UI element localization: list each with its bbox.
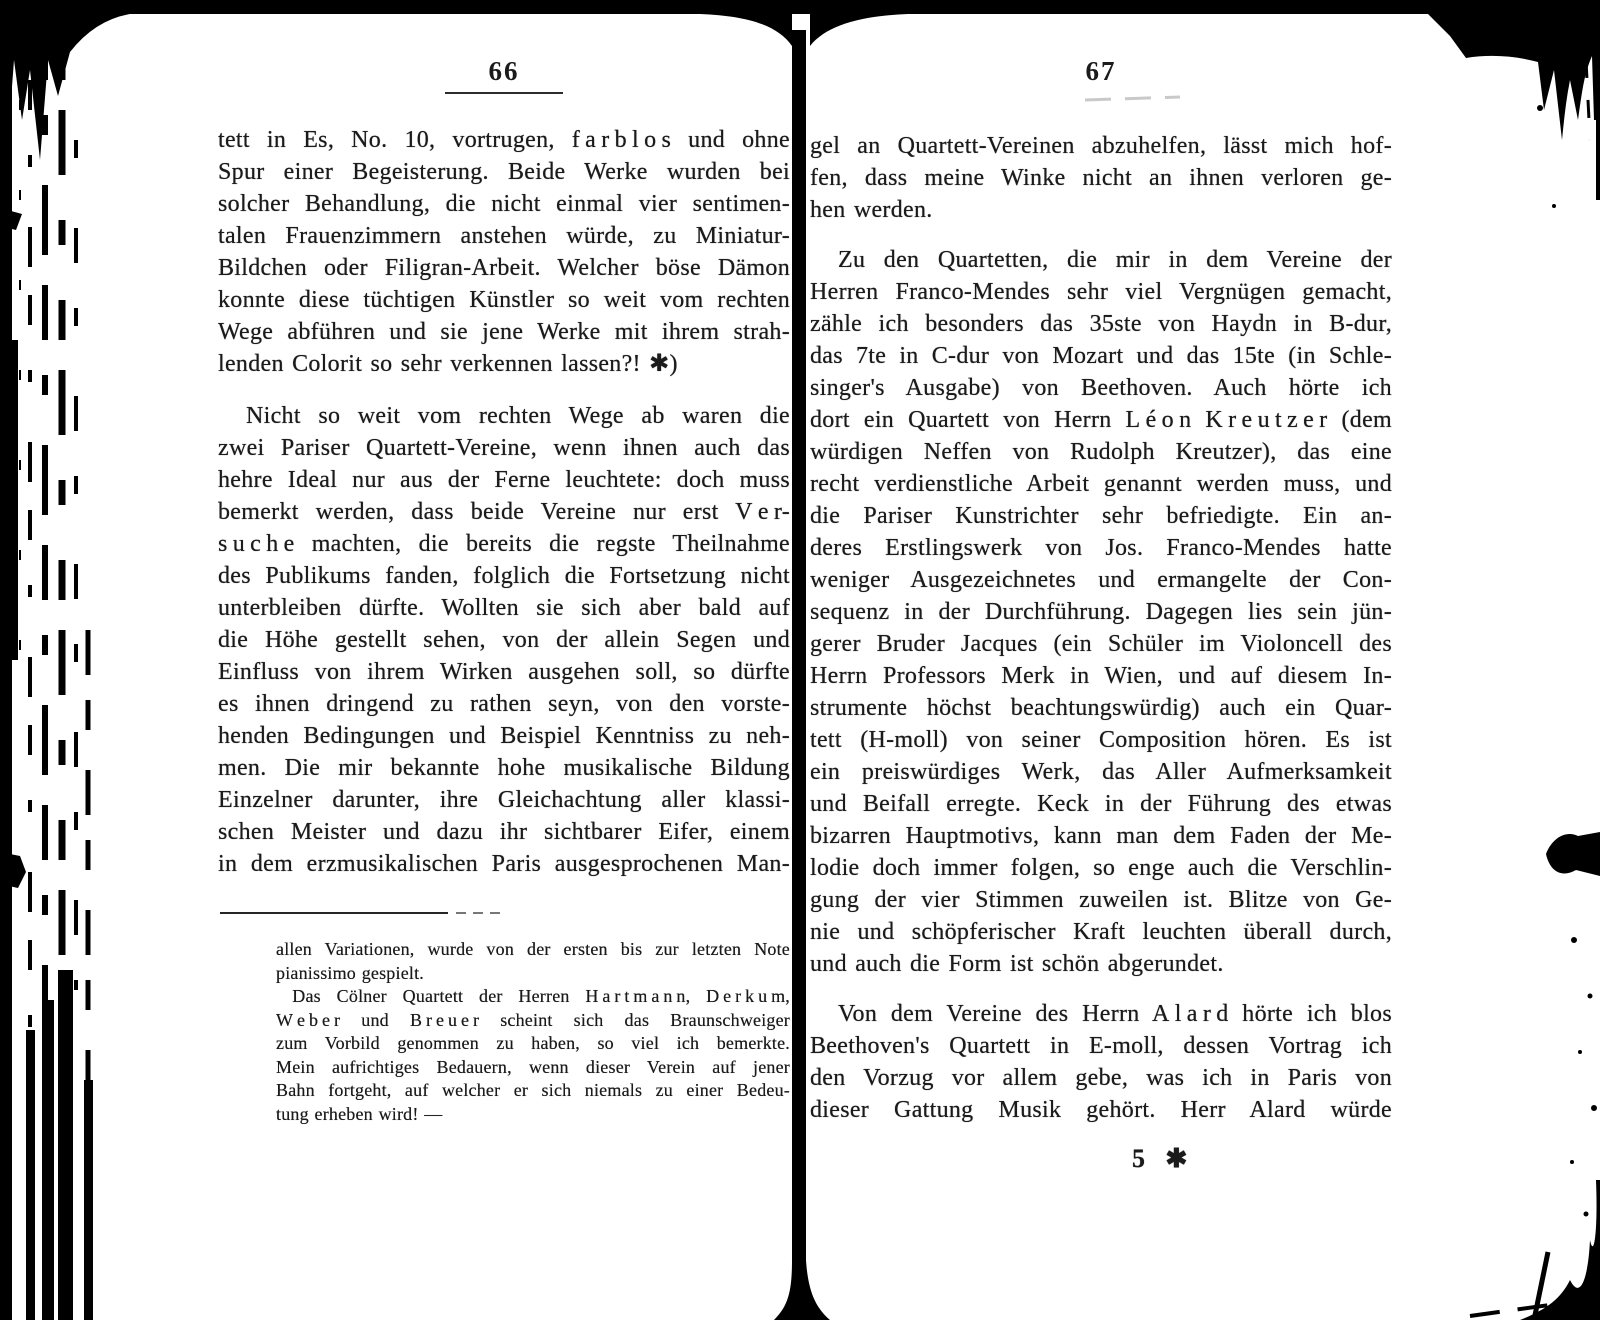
left-page-body: tett in Es, No. 10, vortrugen, f a r b l…	[218, 124, 790, 880]
text-line: hen werden.	[810, 194, 1392, 226]
footnote-entry: ✱) Das Cölner Quartett der Herren H a r …	[276, 985, 790, 1126]
text-line: Zu den Quartetten, die mir in dem Verein…	[810, 244, 1392, 276]
left-page: 66 tett in Es, No. 10, vortrugen, f a r …	[218, 0, 790, 1126]
text-line: allen Variationen, wurde von der ersten …	[276, 938, 790, 962]
text-line: Mein aufrichtiges Bedauern, wenn dieser …	[276, 1056, 790, 1080]
page-number-left: 66	[218, 56, 790, 86]
text-line: sequenz in der Durchführung. Dagegen lie…	[810, 596, 1392, 628]
left-page-header: 66	[218, 56, 790, 94]
bottom-edge-artifact	[1470, 1180, 1600, 1320]
text-line: die Pariser Kunstrichter sehr befriedigt…	[810, 500, 1392, 532]
text-line: zähle ich besonders das 35ste von Haydn …	[810, 308, 1392, 340]
text-line: Wege abführen und sie jene Werke mit ihr…	[218, 316, 790, 348]
text-line: schen Meister und dazu ihr sichtbarer Ei…	[218, 816, 790, 848]
text-line: und auch die Form ist schön abgerundet.	[810, 948, 1392, 980]
text-line: Einzelner darunter, ihre Gleichachtung a…	[218, 784, 790, 816]
text-line: bemerkt werden, dass beide Vereine nur e…	[218, 496, 790, 528]
text-line: pianissimo gespielt.	[276, 962, 790, 986]
text-line: hehre Ideal nur aus der Ferne leuchtete:…	[218, 464, 790, 496]
text-line: s u c h e machten, die bereits die regst…	[218, 528, 790, 560]
footnote-separator-rule	[220, 912, 448, 914]
text-line: zwei Pariser Quartett-Vereine, wenn ihne…	[218, 432, 790, 464]
page-number-rule	[445, 92, 563, 94]
text-line: konnte diese tüchtigen Künstler so weit …	[218, 284, 790, 316]
text-line: ein preiswürdiges Werk, das Aller Aufmer…	[810, 756, 1392, 788]
text-line: lodie doch immer folgen, so enge auch di…	[810, 852, 1392, 884]
text-line: tung erheben wird! —	[276, 1103, 790, 1127]
text-line: lenden Colorit so sehr verkennen lassen?…	[218, 348, 790, 380]
footnote-block: allen Variationen, wurde von der ersten …	[276, 938, 790, 1126]
text-line: Herren Franco-Mendes sehr viel Vergnügen…	[810, 276, 1392, 308]
text-line: Beethoven's Quartett in E-moll, dessen V…	[810, 1030, 1392, 1062]
text-line: bizarren Hauptmotivs, kann man dem Faden…	[810, 820, 1392, 852]
paragraph: gel an Quartett-Vereinen abzuhelfen, läs…	[810, 130, 1392, 226]
text-line: dort ein Quartett von Herrn L é o n K r …	[810, 404, 1392, 436]
text-line: das 7te in C-dur von Mozart und das 15te…	[810, 340, 1392, 372]
paragraph: Von dem Vereine des Herrn A l a r d hört…	[810, 998, 1392, 1126]
text-line: tett in Es, No. 10, vortrugen, f a r b l…	[218, 124, 790, 156]
text-line: tett (H-moll) von seiner Composition hör…	[810, 724, 1392, 756]
text-line: in dem erzmusikalischen Paris ausgesproc…	[218, 848, 790, 880]
text-line: Nicht so weit vom rechten Wege ab waren …	[218, 400, 790, 432]
text-line: singer's Ausgabe) von Beethoven. Auch hö…	[810, 372, 1392, 404]
text-line: ✱) Das Cölner Quartett der Herren H a r …	[276, 985, 790, 1009]
text-line: würdigen Neffen von Rudolph Kreutzer), d…	[810, 436, 1392, 468]
right-page: 67 gel an Quartett-Vereinen abzuhelfen, …	[810, 0, 1392, 1174]
left-edge-artifact	[0, 14, 93, 1320]
text-line: Bahn fortgeht, auf welcher er sich niema…	[276, 1079, 790, 1103]
text-line: strumente höchst beachtungswürdig) auch …	[810, 692, 1392, 724]
text-line: nie und schöpferischer Kraft leuchten üb…	[810, 916, 1392, 948]
text-line: recht verdienstliche Arbeit genannt werd…	[810, 468, 1392, 500]
text-line: fen, dass meine Winke nicht an ihnen ver…	[810, 162, 1392, 194]
text-line: gerer Bruder Jacques (ein Schüler im Vio…	[810, 628, 1392, 660]
text-line: die Höhe gestellt sehen, von der allein …	[218, 624, 790, 656]
text-line: gel an Quartett-Vereinen abzuhelfen, läs…	[810, 130, 1392, 162]
text-line: henden Bedingungen und Beispiel Kenntnis…	[218, 720, 790, 752]
text-line: zum Vorbild genommen zu haben, so viel i…	[276, 1032, 790, 1056]
text-line: dieser Gattung Musik gehört. Herr Alard …	[810, 1094, 1392, 1126]
footnote-continuation: allen Variationen, wurde von der ersten …	[276, 938, 790, 985]
text-line: Bildchen oder Filigran-Arbeit. Welcher b…	[218, 252, 790, 284]
paragraph: Nicht so weit vom rechten Wege ab waren …	[218, 400, 790, 880]
right-page-header: 67	[810, 56, 1392, 86]
text-line: es ihnen dringend zu rathen seyn, von de…	[218, 688, 790, 720]
right-page-body: gel an Quartett-Vereinen abzuhelfen, läs…	[810, 130, 1392, 1126]
text-line: Spur einer Begeisterung. Beide Werke wur…	[218, 156, 790, 188]
text-line: men. Die mir bekannte hohe musikalische …	[218, 752, 790, 784]
text-line: Einfluss von ihrem Wirken ausgehen soll,…	[218, 656, 790, 688]
text-line: W e b e r und B r e u e r scheint sich d…	[276, 1009, 790, 1033]
text-line: Herrn Professors Merk in Wien, und auf d…	[810, 660, 1392, 692]
page-number-right: 67	[810, 56, 1392, 86]
text-line: deres Erstlingswerk von Jos. Franco-Mend…	[810, 532, 1392, 564]
text-line: des Publikums fanden, folglich die Forts…	[218, 560, 790, 592]
text-line: solcher Behandlung, die nicht einmal vie…	[218, 188, 790, 220]
text-line: gung der vier Stimmen zuweilen ist. Blit…	[810, 884, 1392, 916]
paragraph: Zu den Quartetten, die mir in dem Verein…	[810, 244, 1392, 980]
text-line: weniger Ausgezeichnetes und ermangelte d…	[810, 564, 1392, 596]
signature-mark: 5 ✱	[1132, 1144, 1392, 1174]
text-line: den Vorzug vor allem gebe, was ich in Pa…	[810, 1062, 1392, 1094]
right-edge-artifact	[1537, 60, 1600, 1217]
text-line: talen Frauenzimmern anstehen würde, zu M…	[218, 220, 790, 252]
text-line: und Beifall erregte. Keck in der Führung…	[810, 788, 1392, 820]
paragraph: tett in Es, No. 10, vortrugen, f a r b l…	[218, 124, 790, 380]
text-line: Von dem Vereine des Herrn A l a r d hört…	[810, 998, 1392, 1030]
text-line: unterbleiben dürfte. Wollten sie sich ab…	[218, 592, 790, 624]
